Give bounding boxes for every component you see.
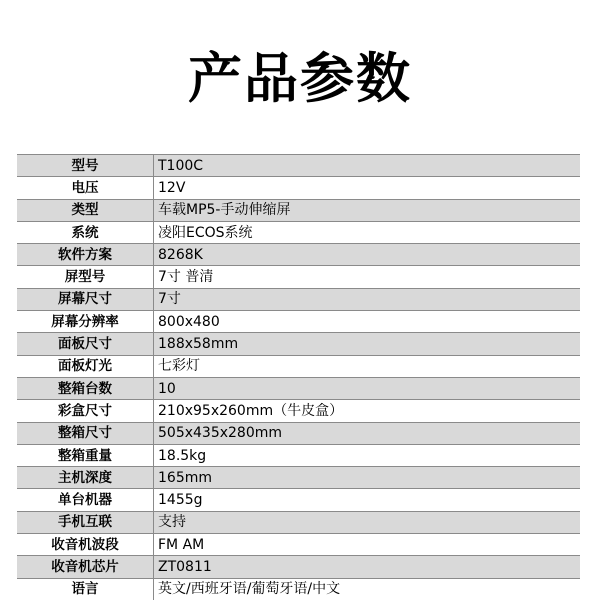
- spec-value: 支持: [154, 511, 581, 533]
- spec-value: 车载MP5-手动伸缩屏: [154, 199, 581, 221]
- spec-value: 7寸 普清: [154, 266, 581, 288]
- spec-table: 型号T100C 电压12V 类型车载MP5-手动伸缩屏 系统凌阳ECOS系统 软…: [17, 154, 580, 600]
- spec-label: 彩盒尺寸: [17, 400, 154, 422]
- table-row: 整箱重量18.5kg: [17, 444, 580, 466]
- table-row: 整箱台数10: [17, 377, 580, 399]
- table-row: 语言英文/西班牙语/葡萄牙语/中文: [17, 578, 580, 600]
- table-row: 彩盒尺寸210x95x260mm（牛皮盒）: [17, 400, 580, 422]
- spec-value: 七彩灯: [154, 355, 581, 377]
- spec-value: 英文/西班牙语/葡萄牙语/中文: [154, 578, 581, 600]
- spec-label: 软件方案: [17, 244, 154, 266]
- page-title: 产品参数: [0, 44, 600, 114]
- spec-value: 10: [154, 377, 581, 399]
- table-row: 系统凌阳ECOS系统: [17, 221, 580, 243]
- spec-label: 整箱台数: [17, 377, 154, 399]
- spec-value: 8268K: [154, 244, 581, 266]
- spec-label: 手机互联: [17, 511, 154, 533]
- spec-value: 1455g: [154, 489, 581, 511]
- table-row: 主机深度165mm: [17, 467, 580, 489]
- spec-label: 收音机波段: [17, 534, 154, 556]
- spec-label: 单台机器: [17, 489, 154, 511]
- spec-value: 18.5kg: [154, 444, 581, 466]
- spec-value: 800x480: [154, 311, 581, 333]
- spec-label: 屏型号: [17, 266, 154, 288]
- spec-label: 主机深度: [17, 467, 154, 489]
- spec-value: 210x95x260mm（牛皮盒）: [154, 400, 581, 422]
- spec-label: 电压: [17, 177, 154, 199]
- spec-label: 面板灯光: [17, 355, 154, 377]
- table-row: 收音机波段FM AM: [17, 534, 580, 556]
- table-row: 面板灯光七彩灯: [17, 355, 580, 377]
- table-row: 型号T100C: [17, 155, 580, 177]
- spec-value: T100C: [154, 155, 581, 177]
- spec-label: 系统: [17, 221, 154, 243]
- table-row: 电压12V: [17, 177, 580, 199]
- spec-label: 类型: [17, 199, 154, 221]
- table-row: 屏型号7寸 普清: [17, 266, 580, 288]
- spec-value: FM AM: [154, 534, 581, 556]
- spec-value: 12V: [154, 177, 581, 199]
- spec-label: 收音机芯片: [17, 556, 154, 578]
- spec-label: 语言: [17, 578, 154, 600]
- spec-label: 面板尺寸: [17, 333, 154, 355]
- table-row: 手机互联支持: [17, 511, 580, 533]
- table-row: 屏幕尺寸7寸: [17, 288, 580, 310]
- spec-value: 165mm: [154, 467, 581, 489]
- spec-value: 凌阳ECOS系统: [154, 221, 581, 243]
- spec-table-body: 型号T100C 电压12V 类型车载MP5-手动伸缩屏 系统凌阳ECOS系统 软…: [17, 155, 580, 600]
- spec-label: 型号: [17, 155, 154, 177]
- spec-label: 整箱尺寸: [17, 422, 154, 444]
- spec-label: 整箱重量: [17, 444, 154, 466]
- table-row: 屏幕分辨率800x480: [17, 311, 580, 333]
- table-row: 面板尺寸188x58mm: [17, 333, 580, 355]
- spec-value: 188x58mm: [154, 333, 581, 355]
- spec-value: 505x435x280mm: [154, 422, 581, 444]
- table-row: 收音机芯片ZT0811: [17, 556, 580, 578]
- table-row: 整箱尺寸505x435x280mm: [17, 422, 580, 444]
- spec-label: 屏幕尺寸: [17, 288, 154, 310]
- spec-value: 7寸: [154, 288, 581, 310]
- table-row: 类型车载MP5-手动伸缩屏: [17, 199, 580, 221]
- table-row: 单台机器1455g: [17, 489, 580, 511]
- spec-value: ZT0811: [154, 556, 581, 578]
- table-row: 软件方案8268K: [17, 244, 580, 266]
- spec-label: 屏幕分辨率: [17, 311, 154, 333]
